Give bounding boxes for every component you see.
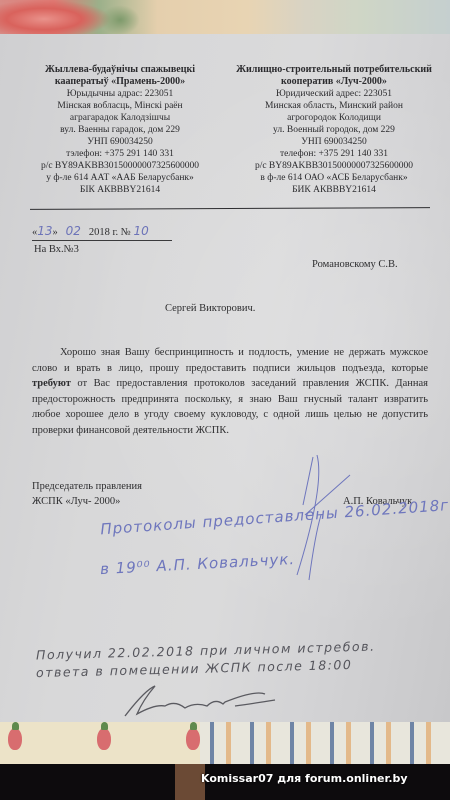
- street: вул. Ваенны гарадок, дом 229: [22, 124, 218, 136]
- wallpaper-flower: [0, 0, 110, 38]
- bank-branch: в ф-ле 614 ОАО «АСБ Беларусбанк»: [228, 172, 440, 184]
- date-close-quote: »: [53, 227, 58, 238]
- body-paragraph: Хорошо зная Вашу беспринципность и подло…: [32, 345, 428, 438]
- letterhead-belarusian: Жыллева-будаўнічы спажывецкі кааператыў …: [22, 64, 218, 196]
- legal-address: Юрыдычны адрас: 223051: [22, 88, 218, 100]
- rose-pattern-icon: [186, 728, 200, 750]
- phone: телефон: +375 291 140 331: [228, 148, 440, 160]
- incoming-reference: На Вх.№3: [34, 242, 79, 257]
- town: аграгарадок Калодзішчы: [22, 112, 218, 124]
- body-emphasis: требуют: [32, 378, 71, 389]
- unp: УНП 690034250: [22, 136, 218, 148]
- bic: БИК АКВВВY21614: [228, 184, 440, 196]
- watermark: Komissar07 для forum.onliner.by: [201, 772, 408, 785]
- legal-address: Юридический адрес: 223051: [228, 88, 440, 100]
- town: агрогородок Колодищи: [228, 112, 440, 124]
- rose-pattern-icon: [97, 728, 111, 750]
- body-text-part2: от Вас предоставления протоколов заседан…: [32, 378, 428, 436]
- unp: УНП 690034250: [228, 136, 440, 148]
- pencil-signature-icon: [115, 680, 295, 720]
- date-year: 2018 г. №: [89, 227, 131, 238]
- tablecloth-stripes: [200, 722, 450, 764]
- letterhead-russian: Жилищно-строительный потребительский коо…: [228, 64, 440, 196]
- letter-date: «13» 02 2018 г. № 10: [32, 224, 149, 240]
- bank-branch: у ф-ле 614 ААТ «ААБ Беларусбанк»: [22, 172, 218, 184]
- bank-account: р/с BY89AKBB30150000007325600000: [228, 160, 440, 172]
- addressee: Романовскому С.В.: [312, 257, 398, 272]
- date-month: 02: [66, 224, 81, 238]
- bic: БІК АКВВВY21614: [22, 184, 218, 196]
- org-name-line1: Жыллева-будаўнічы спажывецкі: [22, 64, 218, 76]
- salutation: Сергей Викторович.: [165, 301, 255, 316]
- org-name-line2: кааператыў «Прамень-2000»: [22, 76, 218, 88]
- signer-position: Председатель правления: [32, 479, 142, 494]
- date-day: 13: [37, 224, 52, 238]
- org-name-line2: кооператив «Луч-2000»: [228, 76, 440, 88]
- street: ул. Военный городок, дом 229: [228, 124, 440, 136]
- region: Мінская вобласць, Мінскі раён: [22, 100, 218, 112]
- region: Минская область, Минский район: [228, 100, 440, 112]
- date-underline: [32, 240, 172, 241]
- outgoing-number: 10: [133, 224, 148, 238]
- wallpaper-leaf: [100, 5, 140, 35]
- rose-pattern-icon: [8, 728, 22, 750]
- phone: тэлефон: +375 291 140 331: [22, 148, 218, 160]
- body-text-part1: Хорошо зная Вашу беспринципность и подло…: [32, 347, 428, 374]
- signer-title: Председатель правления ЖСПК «Луч- 2000»: [32, 479, 142, 509]
- org-name-line1: Жилищно-строительный потребительский: [228, 64, 440, 76]
- signer-organization: ЖСПК «Луч- 2000»: [32, 494, 142, 509]
- bank-account: р/с BY89AKBB30150000007325600000: [22, 160, 218, 172]
- letter-body: Хорошо зная Вашу беспринципность и подло…: [32, 345, 428, 438]
